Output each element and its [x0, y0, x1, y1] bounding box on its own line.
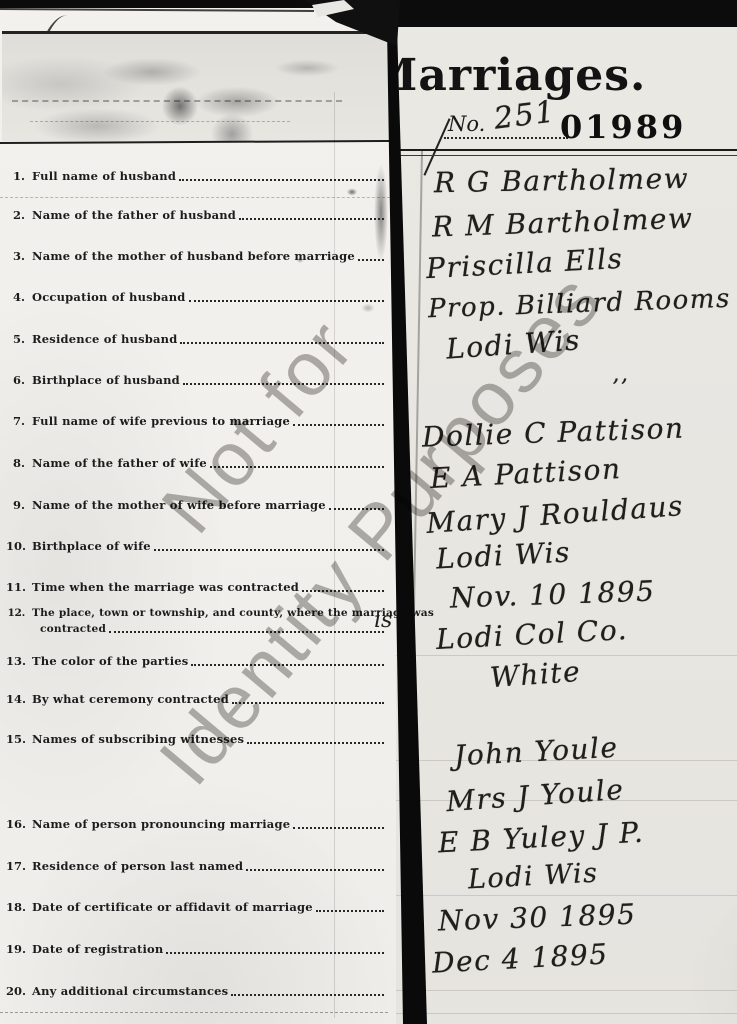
handwritten-answer: White [489, 655, 582, 694]
handwritten-answer: Priscilla Ells [425, 242, 624, 285]
handwritten-answer: Dollie C Pattison [422, 411, 685, 453]
handwritten-answer: John Youle [453, 731, 619, 773]
handwritten-answer: E B Yuley J P. [437, 816, 645, 860]
handwritten-answer: E A Pattison [429, 452, 622, 495]
handwritten-answer: Lodi Col Co. [435, 613, 629, 656]
handwritten-answer: Mary J Rouldaus [425, 489, 685, 540]
handwritten-answer: Lodi Wis [467, 858, 599, 896]
handwritten-answer: ’’ [612, 376, 629, 401]
handwritten-answer: R G Bartholmew [434, 162, 690, 199]
handwritten-answer: Nov. 10 1895 [449, 574, 655, 614]
scanned-marriage-record: Marriages. No. 251 01989 1.Full name of … [0, 0, 737, 1024]
handwriting-margin-note: is [374, 608, 392, 633]
handwritten-answer: Lodi Wis [445, 323, 582, 365]
handwritten-answers: R G BartholmewR M BartholmewPriscilla El… [0, 0, 737, 1024]
handwritten-answer: Lodi Wis [435, 535, 571, 575]
handwritten-answer: Prop. Billiard Rooms [428, 284, 732, 325]
handwritten-answer: Dec 4 1895 [431, 937, 609, 979]
handwritten-answer: Nov 30 1895 [437, 898, 636, 938]
handwritten-answer: R M Bartholmew [432, 201, 694, 243]
handwritten-answer: Mrs J Youle [445, 773, 625, 818]
